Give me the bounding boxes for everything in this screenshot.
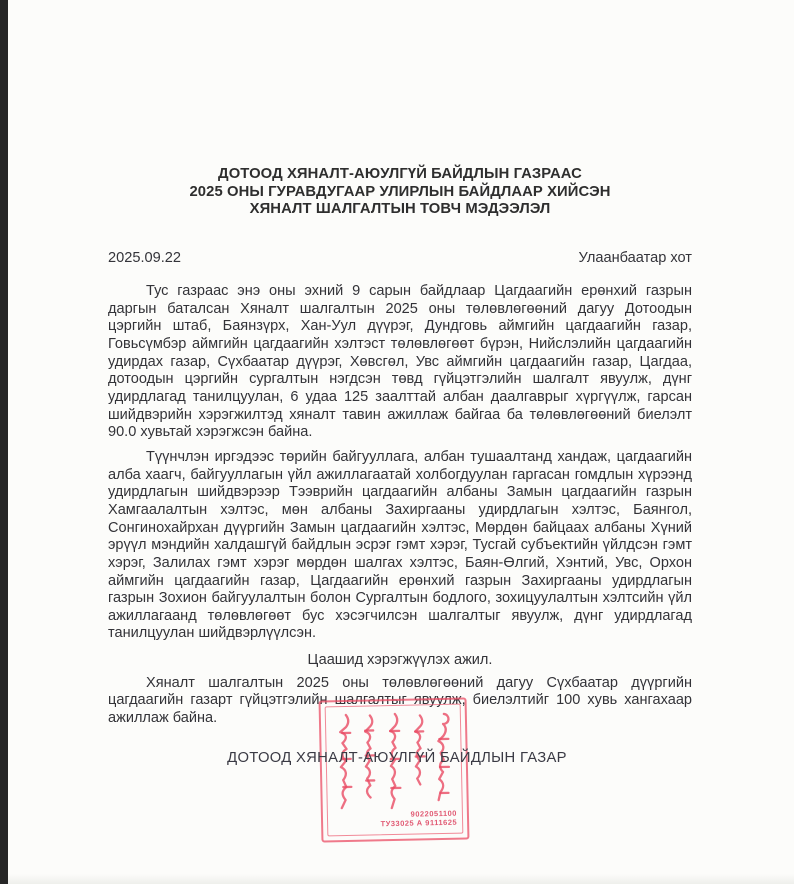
document-title: ДОТООД ХЯНАЛТ-АЮУЛГҮЙ БАЙДЛЫН ГАЗРААС 20…: [108, 166, 692, 219]
stamp-inner-border: 9022051100 ТУ33025 А 9111625: [325, 704, 464, 837]
title-line-1: ДОТООД ХЯНАЛТ-АЮУЛГҮЙ БАЙДЛЫН ГАЗРААС: [108, 166, 692, 184]
paragraph-2: Түүнчлэн иргэдээс төрийн байгууллага, ал…: [108, 449, 692, 643]
stamp-serial-line-2: ТУ33025 А 9111625: [380, 818, 457, 829]
official-stamp: 9022051100 ТУ33025 А 9111625: [319, 697, 470, 842]
document-body: Тус газраас энэ оны эхний 9 сарын байдла…: [108, 283, 692, 728]
date-city-row: 2025.09.22 Улаанбаатар хот: [108, 250, 692, 266]
title-line-2: 2025 ОНЫ ГУРАВДУГААР УЛИРЛЫН БАЙДЛААР ХИ…: [108, 184, 692, 202]
title-line-3: ХЯНАЛТ ШАЛГАЛТЫН ТОВЧ МЭДЭЭЛЭЛ: [108, 201, 692, 219]
subheading: Цаашид хэрэгжүүлэх ажил.: [108, 652, 692, 670]
scan-bottom-shade: [8, 874, 794, 884]
document-city: Улаанбаатар хот: [579, 250, 692, 266]
document-date: 2025.09.22: [108, 250, 181, 266]
issuing-department-name: ДОТООД ХЯНАЛТ-АЮУЛГҮЙ БАЙДЛЫН ГАЗАР: [0, 750, 794, 766]
stamp-serial-numbers: 9022051100 ТУ33025 А 9111625: [380, 809, 457, 829]
scanned-document-page: ДОТООД ХЯНАЛТ-АЮУЛГҮЙ БАЙДЛЫН ГАЗРААС 20…: [0, 0, 794, 884]
paragraph-1: Тус газраас энэ оны эхний 9 сарын байдла…: [108, 283, 692, 442]
